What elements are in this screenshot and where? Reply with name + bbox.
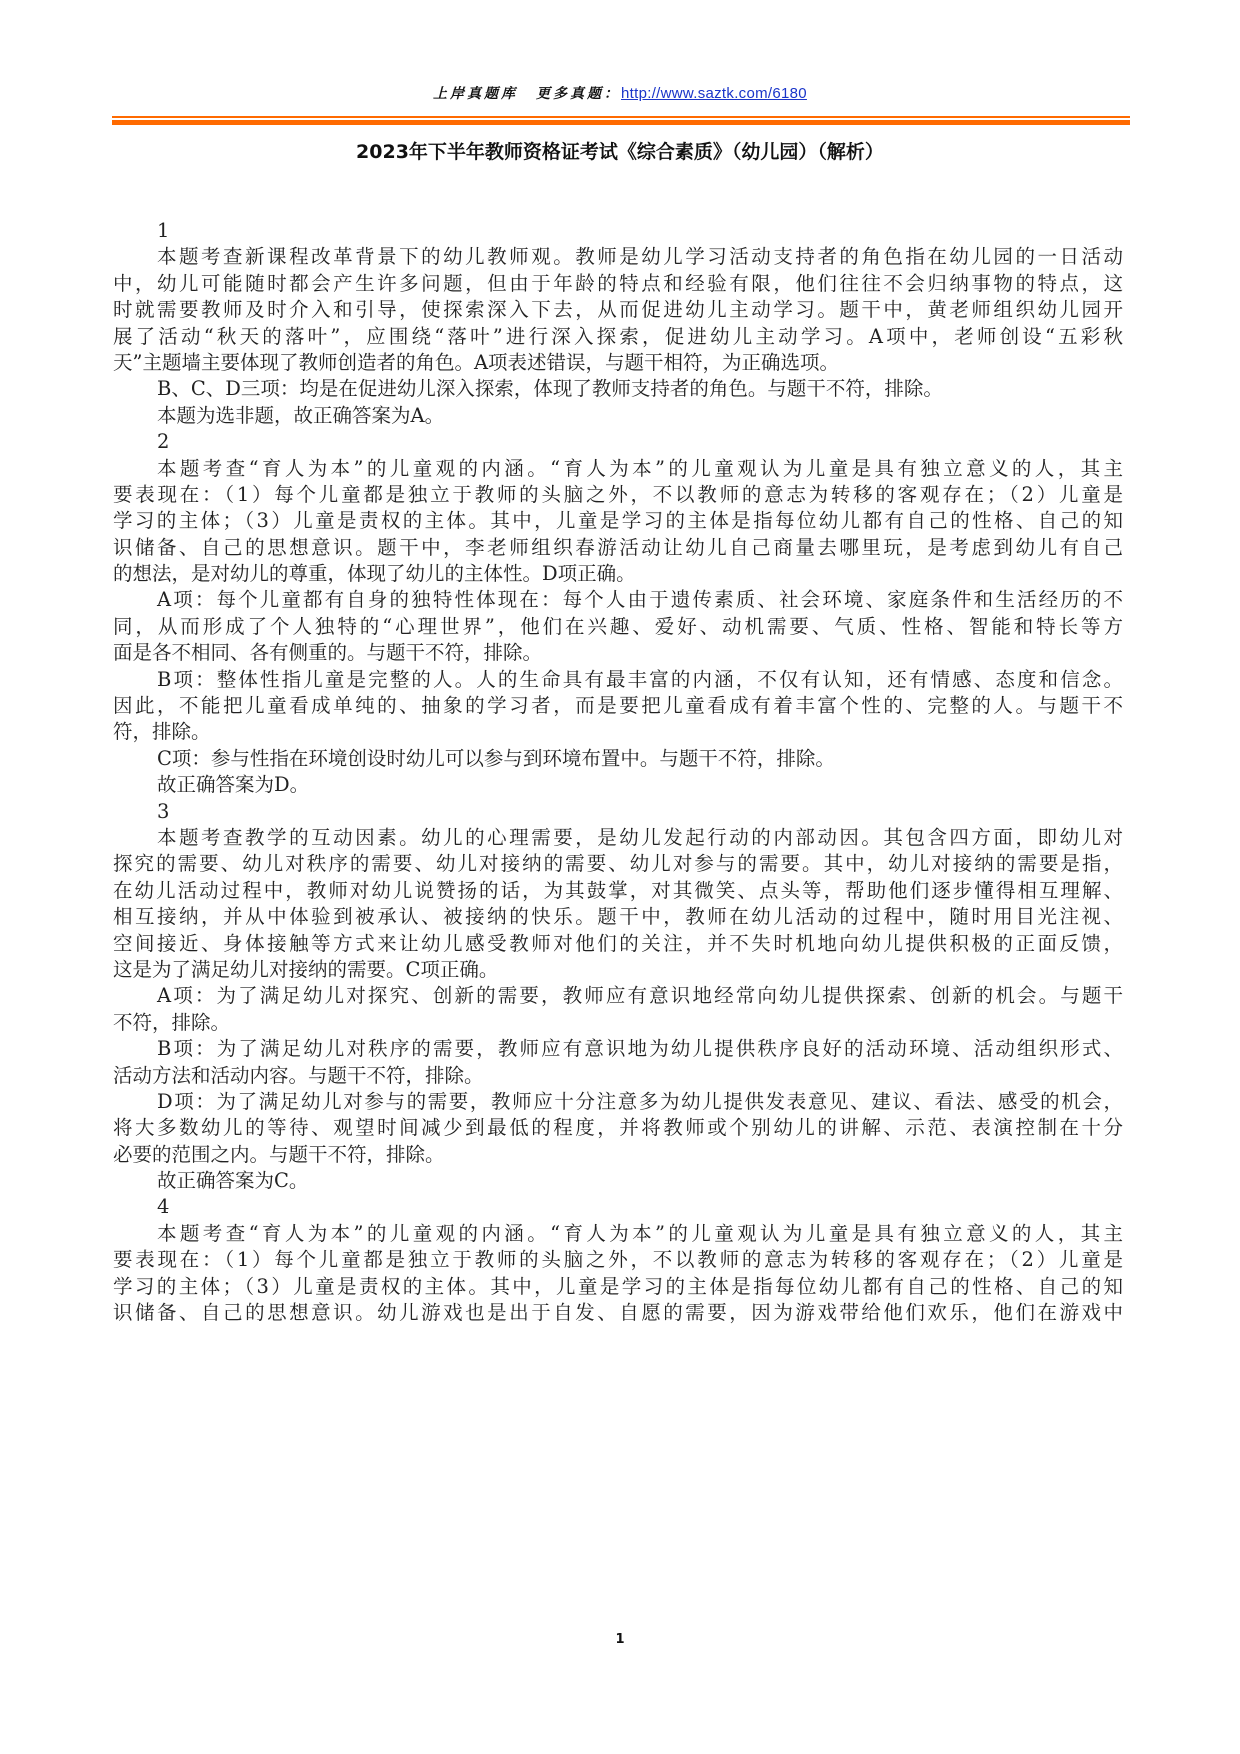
text-line: 本题考查“育人为本”的儿童观的内涵。“育人为本”的儿童观认为儿童是具有独立意义的… bbox=[113, 456, 1123, 482]
text-line: B项：为了满足幼儿对秩序的需要，教师应有意识地为幼儿提供秩序良好的活动环境、活动… bbox=[113, 1036, 1123, 1062]
text-line: 4 bbox=[113, 1194, 1123, 1220]
text-line: 在幼儿活动过程中，教师对幼儿说赞扬的话，为其鼓掌，对其微笑、点头等，帮助他们逐步… bbox=[113, 878, 1123, 904]
text-line: A项：为了满足幼儿对探究、创新的需要，教师应有意识地经常向幼儿提供探索、创新的机… bbox=[113, 983, 1123, 1009]
document-body: 1本题考查新课程改革背景下的幼儿教师观。教师是幼儿学习活动支持者的角色指在幼儿园… bbox=[113, 218, 1123, 1326]
text-line: 学习的主体；（3）儿童是责权的主体。其中，儿童是学习的主体是指每位幼儿都有自己的… bbox=[113, 508, 1123, 534]
text-line: 符，排除。 bbox=[113, 719, 1123, 745]
text-line: 展了活动“秋天的落叶”，应围绕“落叶”进行深入探索，促进幼儿主动学习。A项中，老… bbox=[113, 324, 1123, 350]
text-line: 识储备、自己的思想意识。题干中，李老师组织春游活动让幼儿自己商量去哪里玩，是考虑… bbox=[113, 535, 1123, 561]
text-line: 不符，排除。 bbox=[113, 1010, 1123, 1036]
header-more-label: 更多真题： bbox=[536, 86, 621, 102]
text-line: 本题为选非题，故正确答案为A。 bbox=[113, 403, 1123, 429]
text-line: C项：参与性指在环境创设时幼儿可以参与到环境布置中。与题干不符，排除。 bbox=[113, 746, 1123, 772]
text-line: 同，从而形成了个人独特的“心理世界”，他们在兴趣、爱好、动机需要、气质、性格、智… bbox=[113, 614, 1123, 640]
text-line: 1 bbox=[113, 218, 1123, 244]
text-line: 本题考查“育人为本”的儿童观的内涵。“育人为本”的儿童观认为儿童是具有独立意义的… bbox=[113, 1221, 1123, 1247]
header-brand: 上岸真题库 bbox=[433, 86, 518, 102]
text-line: 这是为了满足幼儿对接纳的需要。C项正确。 bbox=[113, 957, 1123, 983]
text-line: 2 bbox=[113, 429, 1123, 455]
header-link[interactable]: http://www.saztk.com/6180 bbox=[621, 85, 807, 102]
text-line: D项：为了满足幼儿对参与的需要，教师应十分注意多为幼儿提供发表意见、建议、看法、… bbox=[113, 1089, 1123, 1115]
document-title: 2023年下半年教师资格证考试《综合素质》（幼儿园）（解析） bbox=[0, 138, 1240, 166]
text-line: 相互接纳，并从中体验到被承认、被接纳的快乐。题干中，教师在幼儿活动的过程中，随时… bbox=[113, 904, 1123, 930]
text-line: 探究的需要、幼儿对秩序的需要、幼儿对接纳的需要、幼儿对参与的需要。其中，幼儿对接… bbox=[113, 851, 1123, 877]
text-line: 中，幼儿可能随时都会产生许多问题，但由于年龄的特点和经验有限，他们往往不会归纳事… bbox=[113, 271, 1123, 297]
text-line: 3 bbox=[113, 799, 1123, 825]
text-line: 因此，不能把儿童看成单纯的、抽象的学习者，而是要把儿童看成有着丰富个性的、完整的… bbox=[113, 693, 1123, 719]
text-line: 本题考查教学的互动因素。幼儿的心理需要，是幼儿发起行动的内部动因。其包含四方面，… bbox=[113, 825, 1123, 851]
text-line: B项：整体性指儿童是完整的人。人的生命具有最丰富的内涵，不仅有认知，还有情感、态… bbox=[113, 667, 1123, 693]
text-line: 识储备、自己的思想意识。幼儿游戏也是出于自发、自愿的需要，因为游戏带给他们欢乐，… bbox=[113, 1300, 1123, 1326]
text-line: B、C、D三项：均是在促进幼儿深入探索，体现了教师支持者的角色。与题干不符，排除… bbox=[113, 376, 1123, 402]
text-line: 将大多数幼儿的等待、观望时间减少到最低的程度，并将教师或个别幼儿的讲解、示范、表… bbox=[113, 1115, 1123, 1141]
text-line: A项：每个儿童都有自身的独特性体现在：每个人由于遗传素质、社会环境、家庭条件和生… bbox=[113, 587, 1123, 613]
header-rule-thin bbox=[112, 116, 1130, 118]
text-line: 的想法，是对幼儿的尊重，体现了幼儿的主体性。D项正确。 bbox=[113, 561, 1123, 587]
text-line: 面是各不相同、各有侧重的。与题干不符，排除。 bbox=[113, 640, 1123, 666]
text-line: 要表现在：（1）每个儿童都是独立于教师的头脑之外，不以教师的意志为转移的客观存在… bbox=[113, 1247, 1123, 1273]
text-line: 要表现在：（1）每个儿童都是独立于教师的头脑之外，不以教师的意志为转移的客观存在… bbox=[113, 482, 1123, 508]
text-line: 天”主题墙主要体现了教师创造者的角色。A项表述错误，与题干相符，为正确选项。 bbox=[113, 350, 1123, 376]
text-line: 本题考查新课程改革背景下的幼儿教师观。教师是幼儿学习活动支持者的角色指在幼儿园的… bbox=[113, 244, 1123, 270]
text-line: 时就需要教师及时介入和引导，使探索深入下去，从而促进幼儿主动学习。题干中，黄老师… bbox=[113, 297, 1123, 323]
text-line: 故正确答案为D。 bbox=[113, 772, 1123, 798]
header-rule-thick bbox=[112, 120, 1130, 125]
text-line: 空间接近、身体接触等方式来让幼儿感受教师对他们的关注，并不失时机地向幼儿提供积极… bbox=[113, 931, 1123, 957]
text-line: 故正确答案为C。 bbox=[113, 1168, 1123, 1194]
page-number: 1 bbox=[0, 1632, 1240, 1647]
page-header: 上岸真题库更多真题：http://www.saztk.com/6180 bbox=[0, 84, 1240, 104]
text-line: 必要的范围之内。与题干不符，排除。 bbox=[113, 1142, 1123, 1168]
text-line: 学习的主体；（3）儿童是责权的主体。其中，儿童是学习的主体是指每位幼儿都有自己的… bbox=[113, 1274, 1123, 1300]
text-line: 活动方法和活动内容。与题干不符，排除。 bbox=[113, 1063, 1123, 1089]
